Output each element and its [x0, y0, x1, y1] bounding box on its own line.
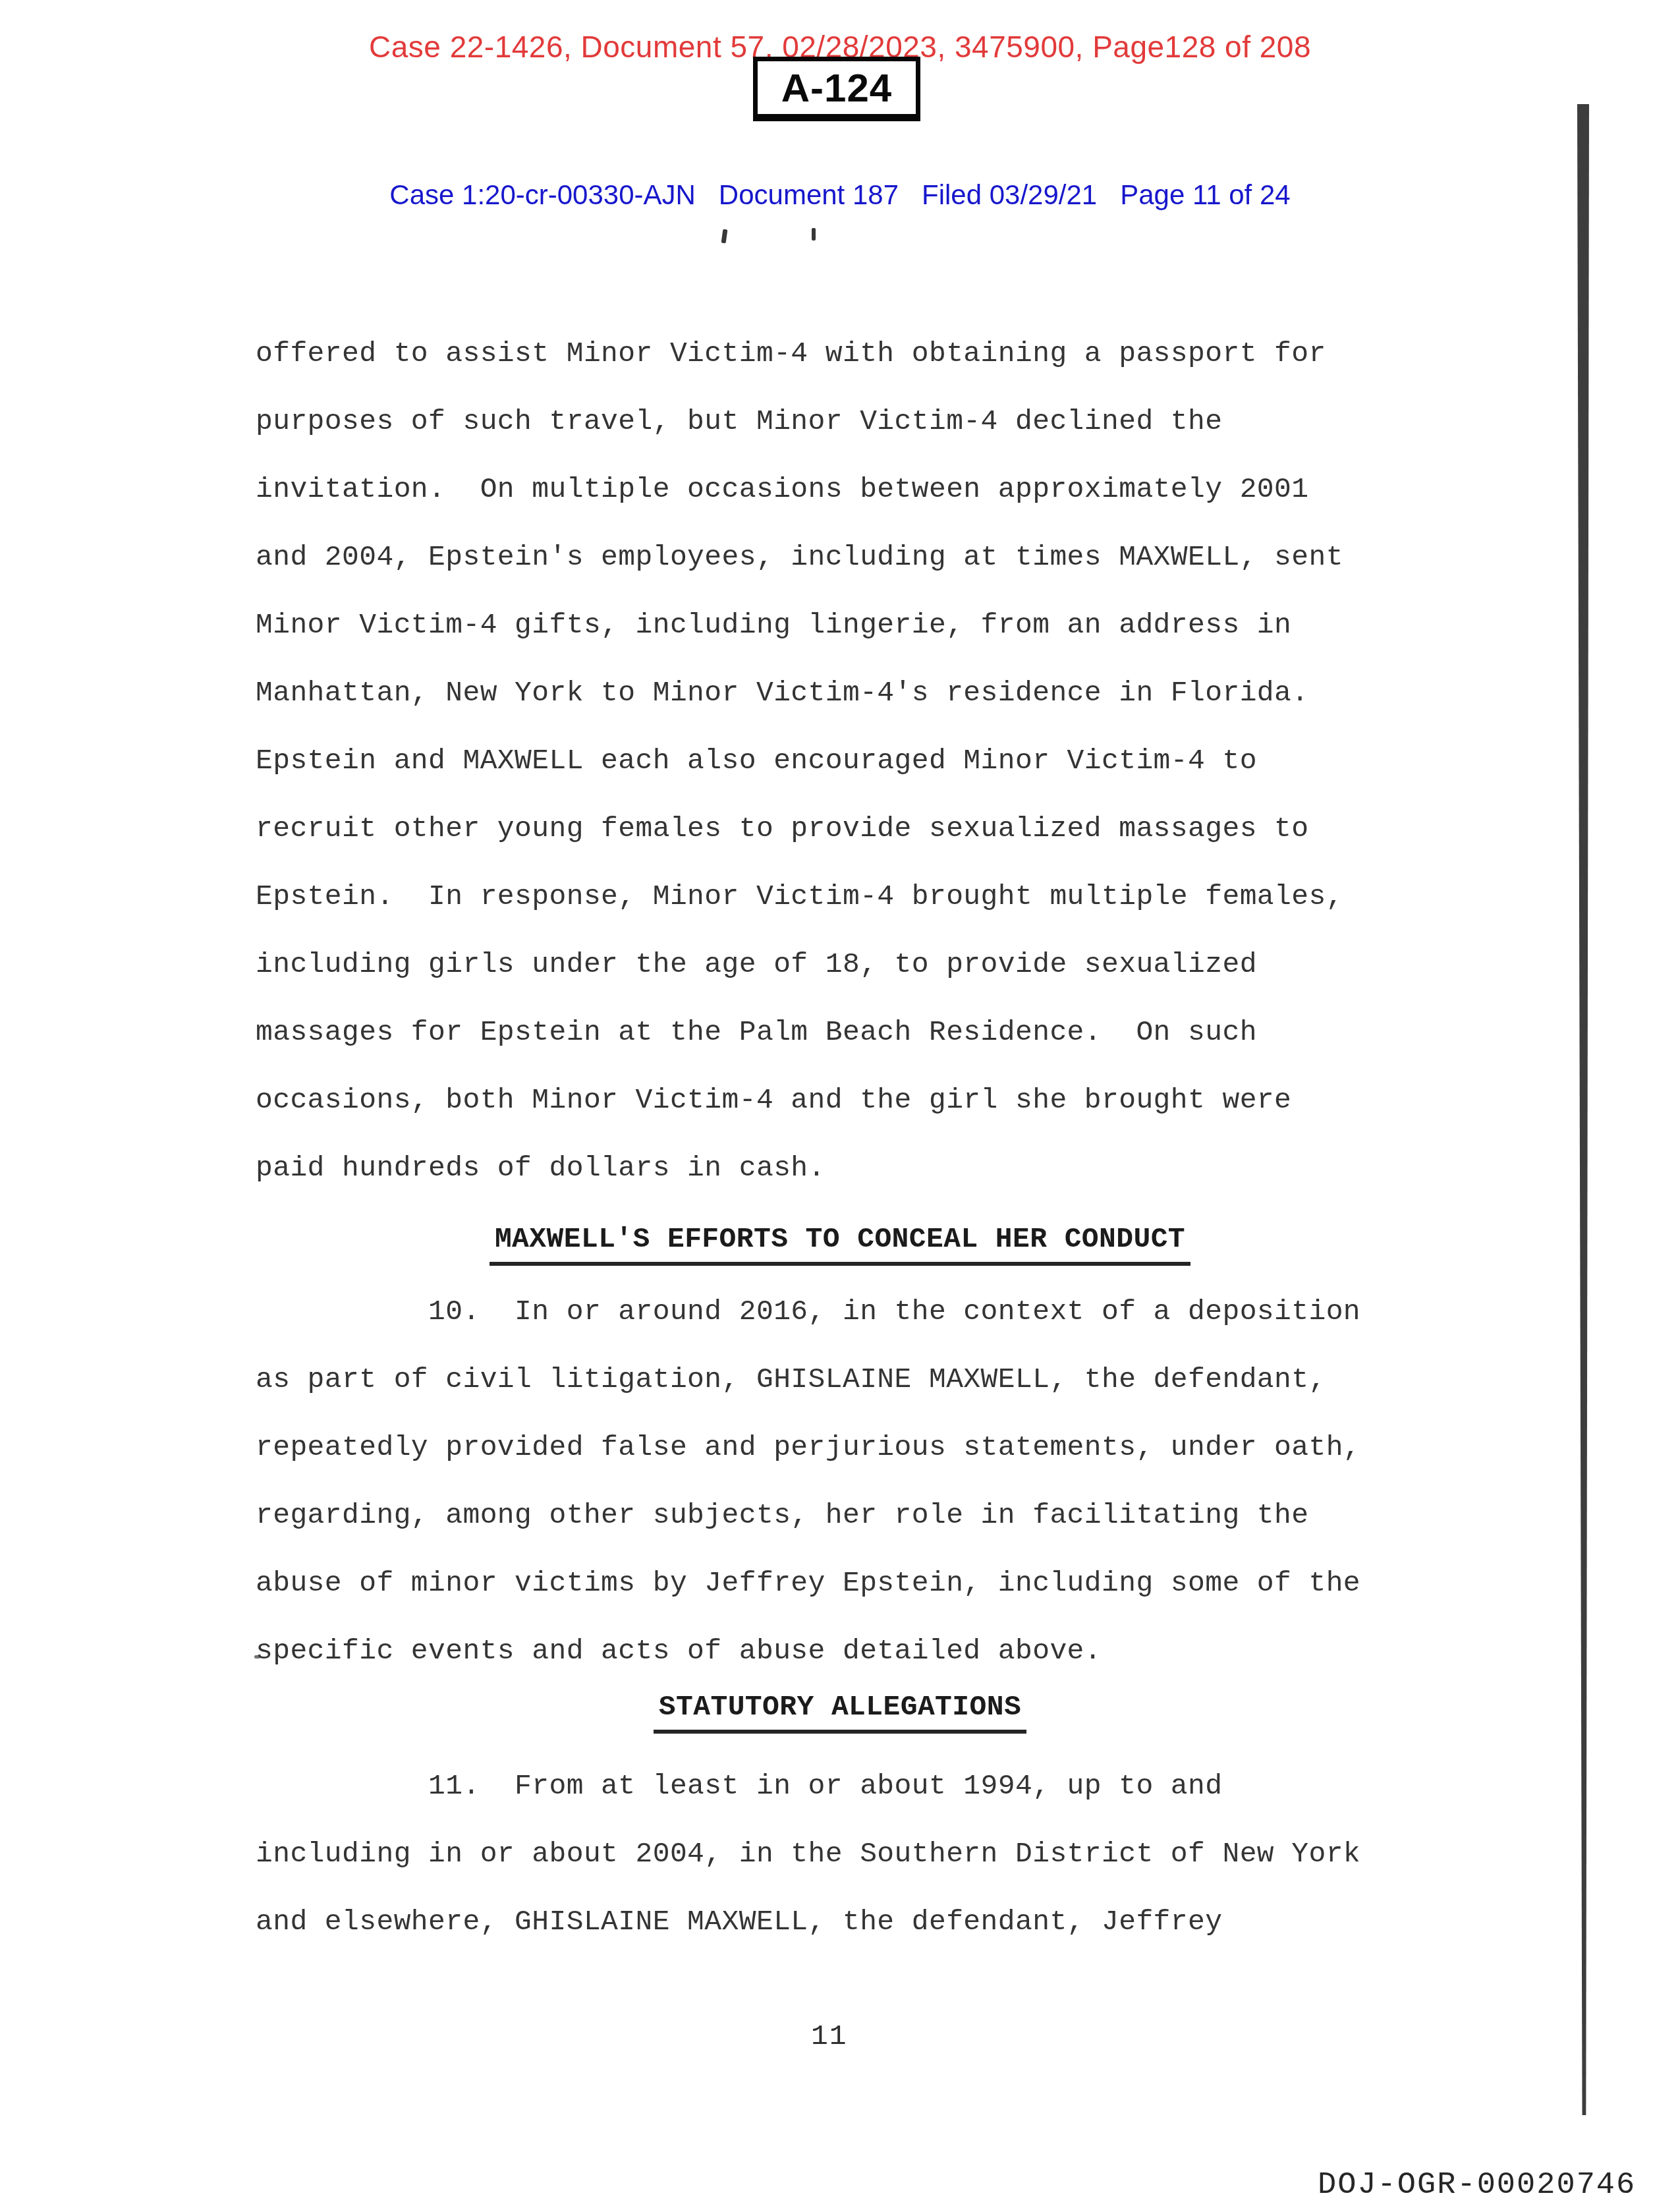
bates-number: DOJ-OGR-00020746 [1318, 2168, 1636, 2203]
paragraph-10-line: abuse of minor victims by Jeffrey Epstei… [256, 1567, 1360, 1599]
paragraph-9-line: occasions, both Minor Victim-4 and the g… [256, 1084, 1291, 1116]
paragraph-10-line: 10. In or around 2016, in the context of… [256, 1295, 1360, 1328]
scan-artifact [721, 229, 728, 244]
paragraph-9-line: Minor Victim-4 gifts, including lingerie… [256, 609, 1291, 641]
paragraph-9-line: purposes of such travel, but Minor Victi… [256, 405, 1222, 438]
paragraph-9-line: including girls under the age of 18, to … [256, 948, 1257, 980]
exhibit-stamp-box: A-124 [753, 57, 920, 121]
paragraph-11-line: and elsewhere, GHISLAINE MAXWELL, the de… [256, 1906, 1222, 1938]
scanned-court-document-page: Case 22-1426, Document 57, 02/28/2023, 3… [0, 0, 1680, 2212]
paragraph-9-line: invitation. On multiple occasions betwee… [256, 473, 1308, 505]
paragraph-10-line: specific events and acts of abuse detail… [256, 1635, 1102, 1667]
exhibit-stamp-label: A-124 [781, 65, 892, 111]
paragraph-9-line: offered to assist Minor Victim-4 with ob… [256, 337, 1326, 370]
paragraph-11-line: including in or about 2004, in the South… [256, 1838, 1360, 1870]
section-heading-statutory-allegations-text: STATUTORY ALLEGATIONS [654, 1691, 1026, 1734]
paragraph-9-line: paid hundreds of dollars in cash. [256, 1152, 826, 1184]
paragraph-11-line: 11. From at least in or about 1994, up t… [256, 1770, 1222, 1802]
paragraph-9-line: Epstein. In response, Minor Victim-4 bro… [256, 880, 1343, 913]
paragraph-9-line: recruit other young females to provide s… [256, 812, 1308, 845]
section-heading-maxwells-efforts: MAXWELL'S EFFORTS TO CONCEAL HER CONDUCT [0, 1223, 1680, 1266]
section-heading-statutory-allegations: STATUTORY ALLEGATIONS [0, 1691, 1680, 1734]
paragraph-10-line: regarding, among other subjects, her rol… [256, 1499, 1308, 1531]
scan-edge-artifact-bar [1577, 104, 1589, 2115]
paragraph-10-line: repeatedly provided false and perjurious… [256, 1431, 1360, 1463]
section-heading-maxwells-efforts-text: MAXWELL'S EFFORTS TO CONCEAL HER CONDUCT [490, 1223, 1190, 1266]
paragraph-9-line: Epstein and MAXWELL each also encouraged… [256, 745, 1257, 777]
paragraph-9-line: Manhattan, New York to Minor Victim-4's … [256, 677, 1308, 709]
page-number: 11 [811, 2020, 848, 2053]
paragraph-10-line: as part of civil litigation, GHISLAINE M… [256, 1363, 1326, 1396]
district-case-header: Case 1:20-cr-00330-AJN Document 187 File… [0, 179, 1680, 211]
scan-artifact [812, 228, 816, 241]
paragraph-9-line: and 2004, Epstein's employees, including… [256, 541, 1343, 573]
paragraph-9-line: massages for Epstein at the Palm Beach R… [256, 1016, 1257, 1048]
